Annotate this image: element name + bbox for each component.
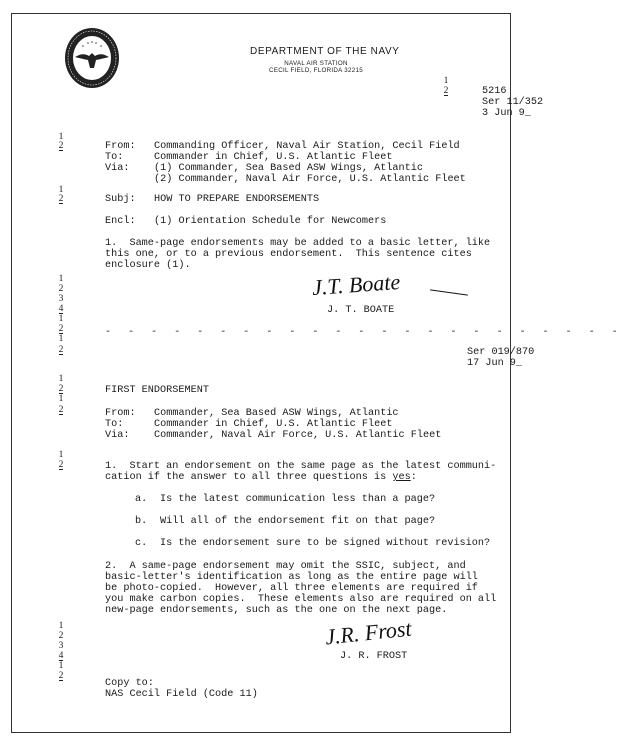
endorsement-serial: Ser 019/870 bbox=[467, 347, 534, 358]
margin-mark: 2 bbox=[56, 632, 66, 641]
endorsement-date: 17 Jun 9_ bbox=[467, 358, 522, 369]
margin-mark: 1 bbox=[56, 395, 66, 404]
letter-date: 3 Jun 9_ bbox=[482, 108, 531, 119]
margin-mark: 2 bbox=[56, 461, 66, 470]
margin-mark: 2 bbox=[56, 142, 66, 151]
copy-to-label: Copy to: bbox=[105, 678, 154, 689]
endorsement-paragraph-2-line-3: be photo-copied. However, all three elem… bbox=[105, 583, 478, 594]
page-border bbox=[11, 13, 511, 733]
from-line: From:Commanding Officer, Naval Air Stati… bbox=[105, 141, 460, 152]
endorsement-to-line: To:Commander in Chief, U.S. Atlantic Fle… bbox=[105, 419, 392, 430]
endorsement-paragraph-2-line-2: basic-letter's identification as long as… bbox=[105, 572, 478, 583]
basic-paragraph-1-line-1: 1. Same-page endorsements may be added t… bbox=[105, 238, 490, 249]
enclosure-line: Encl:(1) Orientation Schedule for Newcom… bbox=[105, 216, 386, 227]
to-line: To:Commander in Chief, U.S. Atlantic Fle… bbox=[105, 152, 392, 163]
margin-mark: 1 bbox=[56, 451, 66, 460]
serial-number: Ser 11/352 bbox=[482, 97, 543, 108]
margin-mark: 2 bbox=[56, 385, 66, 394]
endorsement-paragraph-1-line-2: cation if the answer to all three questi… bbox=[105, 472, 417, 483]
endorsement-paragraph-2-line-1: 2. A same-page endorsement may omit the … bbox=[105, 561, 466, 572]
document-page: DEPARTMENT OF THE NAVY NAVAL AIR STATION… bbox=[0, 0, 618, 750]
margin-mark: 1 bbox=[56, 622, 66, 631]
endorsement-from-line: From:Commander, Sea Based ASW Wings, Atl… bbox=[105, 408, 399, 419]
margin-mark: 3 bbox=[56, 295, 66, 304]
endorsement-heading: FIRST ENDORSEMENT bbox=[105, 385, 209, 396]
station-address: CECIL FIELD, FLORIDA 32215 bbox=[256, 67, 376, 75]
endorsement-signer-name: J. R. FROST bbox=[340, 651, 407, 662]
margin-mark: 1 bbox=[56, 375, 66, 384]
copy-to-recipient: NAS Cecil Field (Code 11) bbox=[105, 689, 258, 700]
endorsement-paragraph-2-line-4: you make carbon copies. These elements a… bbox=[105, 594, 496, 605]
ssic: 5216 bbox=[482, 86, 506, 97]
margin-mark: 2 bbox=[56, 285, 66, 294]
signer-name: J. T. BOATE bbox=[327, 305, 394, 316]
question-b: b.Will all of the endorsement fit on tha… bbox=[135, 516, 435, 527]
margin-mark: 1 bbox=[56, 662, 66, 671]
question-a: a.Is the latest communication less than … bbox=[135, 494, 435, 505]
via-line-1: Via:(1) Commander, Sea Based ASW Wings, … bbox=[105, 163, 423, 174]
margin-mark: 1 bbox=[56, 275, 66, 284]
basic-paragraph-1-line-2: this one, or to a previous endorsement. … bbox=[105, 249, 472, 260]
question-c: c.Is the endorsement sure to be signed w… bbox=[135, 538, 490, 549]
margin-mark: 4 bbox=[56, 305, 66, 314]
department-title: DEPARTMENT OF THE NAVY bbox=[250, 46, 400, 57]
endorsement-paragraph-1-line-1: 1. Start an endorsement on the same page… bbox=[105, 461, 496, 472]
margin-mark: 4 bbox=[56, 652, 66, 661]
basic-paragraph-1-line-3: enclosure (1). bbox=[105, 260, 191, 271]
endorsement-paragraph-2-line-5: new-page endorsements, such as the one o… bbox=[105, 605, 447, 616]
margin-mark: 2 bbox=[56, 346, 66, 355]
via-line-2: (2) Commander, Naval Air Force, U.S. Atl… bbox=[105, 174, 466, 185]
margin-mark: 1 bbox=[56, 315, 66, 324]
margin-mark: 2 bbox=[56, 195, 66, 204]
margin-mark: 2 bbox=[56, 406, 66, 415]
margin-mark: 1 bbox=[441, 77, 451, 86]
endorsement-separator: - - - - - - - - - - - - - - - - - - - - … bbox=[105, 327, 618, 338]
margin-mark: 2 bbox=[56, 672, 66, 681]
subject-line: Subj:HOW TO PREPARE ENDORSEMENTS bbox=[105, 194, 319, 205]
endorsement-via-line: Via:Commander, Naval Air Force, U.S. Atl… bbox=[105, 430, 441, 441]
margin-mark: 3 bbox=[56, 642, 66, 651]
department-of-defense-seal-icon bbox=[63, 26, 121, 90]
margin-mark: 1 bbox=[56, 335, 66, 344]
margin-mark: 2 bbox=[56, 325, 66, 334]
margin-mark: 2 bbox=[441, 87, 451, 96]
